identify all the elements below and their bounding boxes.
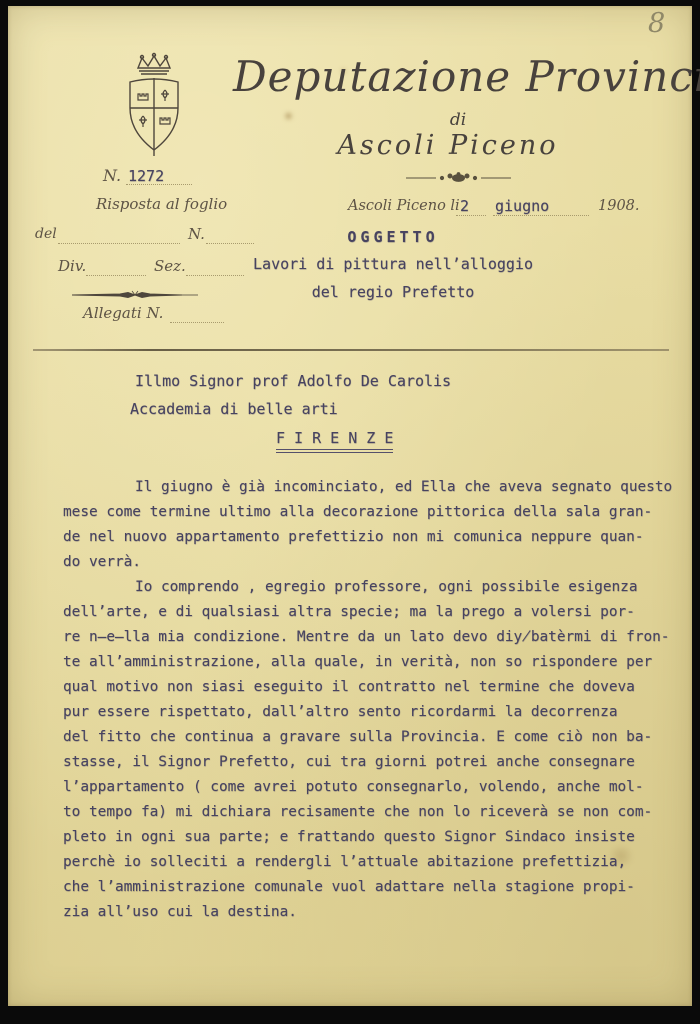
recipient-city: F I R E N Z E: [276, 429, 393, 447]
body-line: l’appartamento ( come avrei potuto conse…: [63, 775, 665, 800]
allegati-label: Allegati N.: [83, 304, 163, 322]
org-name: Deputazione Provinciale: [233, 52, 683, 101]
protocol-label: N.: [103, 166, 121, 185]
body-line: zia all’uso cui la destina.: [63, 900, 665, 925]
subject-line-2: del regio Prefetto: [243, 283, 543, 301]
body-line: to tempo fa) mi dichiara recisamente che…: [63, 800, 665, 825]
sez-dotline: [186, 274, 244, 276]
date-dotline-2: [493, 214, 589, 216]
body-line: mese come termine ultimo alla decorazion…: [63, 500, 665, 525]
allegati-dotline: [170, 321, 224, 323]
del-n-label: N.: [188, 225, 205, 243]
body-line: re n̶e̶lla mia condizione. Mentre da un …: [63, 625, 665, 650]
body-line: stasse, il Signor Prefetto, cui tra gior…: [63, 750, 665, 775]
date-month: giugno: [495, 197, 549, 215]
reply-label: Risposta al foglio: [96, 195, 227, 213]
body-line: pur essere rispettato, dall’altro sento …: [63, 700, 665, 725]
recipient-city-text: F I R E N Z E: [276, 429, 393, 453]
body-line: te all’amministrazione, alla quale, in v…: [63, 650, 665, 675]
body-line: pleto in ogni sua parte; e frattando que…: [63, 825, 665, 850]
coat-of-arms-icon: [112, 50, 198, 172]
protocol-dotline: [126, 183, 192, 185]
div-dotline: [86, 274, 146, 276]
body-line: Il giugno è già incominciato, ed Ella ch…: [63, 475, 665, 500]
header-flourish-icon: [406, 170, 511, 189]
body-line: de nel nuovo appartamento prefettizio no…: [63, 525, 665, 550]
body-line: qual motivo non siasi eseguito il contra…: [63, 675, 665, 700]
body-line: che l’amministrazione comunale vuol adat…: [63, 875, 665, 900]
div-label: Div.: [58, 257, 86, 275]
recipient-line-2: Accademia di belle arti: [130, 400, 338, 418]
body-line: Io comprendo , egregio professore, ogni …: [63, 575, 665, 600]
org-name-city: Ascoli Piceno: [223, 130, 673, 161]
recipient-line-1: Illmo Signor prof Adolfo De Carolis: [135, 372, 451, 390]
date-year: 1908.: [598, 198, 640, 214]
del-label: del: [35, 226, 57, 242]
date-dotline-1: [456, 214, 486, 216]
page-number-annotation: 8: [648, 8, 665, 39]
body-line: dell’arte, e di qualsiasi altra specie; …: [63, 600, 665, 625]
divider-flourish-icon: [70, 286, 200, 305]
org-name-di: di: [233, 110, 683, 130]
header-divider-rule: [33, 349, 669, 351]
scanned-letter: 8: [0, 0, 700, 1024]
body-line: perchè io solleciti a rendergli l’attual…: [63, 850, 665, 875]
letter-paper: 8: [8, 6, 692, 1006]
sez-label: Sez.: [154, 257, 186, 275]
body-line: del fitto che continua a gravare sulla P…: [63, 725, 665, 750]
letter-body: Il giugno è già incominciato, ed Ella ch…: [63, 475, 665, 925]
body-line: do verrà.: [63, 550, 665, 575]
date-day: 2: [460, 197, 469, 215]
subject-label: OGGETTO: [243, 228, 543, 246]
del-dotline: [58, 242, 180, 244]
date-place-label: Ascoli Piceno li: [348, 198, 460, 214]
subject-line-1: Lavori di pittura nell’alloggio: [243, 255, 543, 273]
